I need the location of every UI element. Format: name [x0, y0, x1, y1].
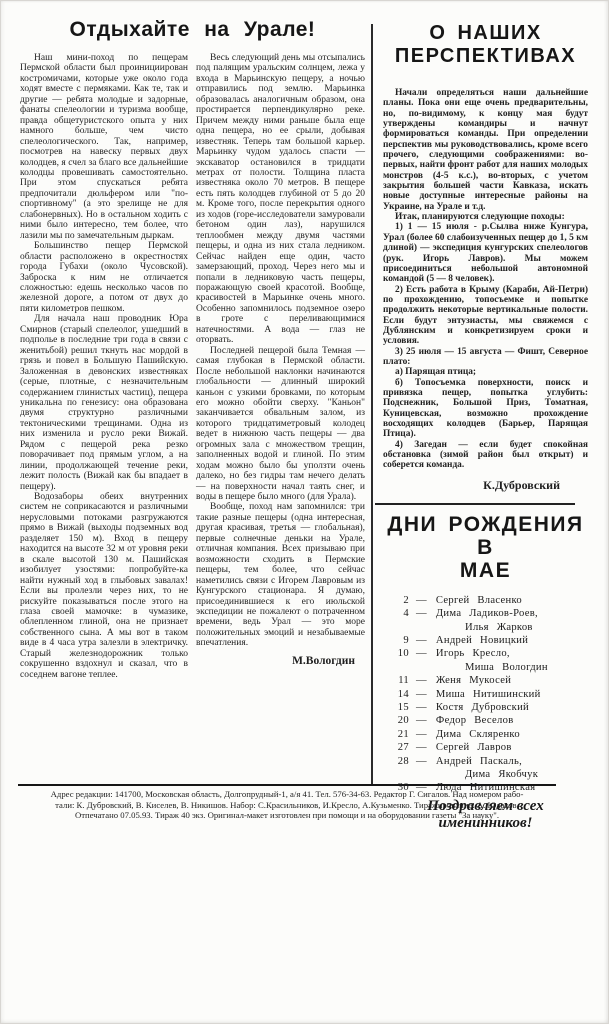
dash: — — [416, 701, 427, 714]
imprint-line: Адрес редакции: 141700, Московская облас… — [18, 789, 556, 800]
article-column-2: Весь следующий день мы отсыпались под па… — [196, 53, 365, 680]
birthday-names: Андрей Новицкий — [436, 634, 528, 647]
birthday-day: 9 — [393, 634, 409, 647]
list-item: 15—Костя Дубровский — [393, 701, 588, 714]
list-item: 10—Игорь Кресло, — [393, 647, 588, 660]
birthday-names-continued: Дима Якобчук — [393, 768, 588, 781]
title-line: МАЕ — [460, 559, 511, 582]
paragraph: 3) 25 июля — 15 августа — Фишт, Северное… — [383, 347, 588, 368]
footer-divider — [18, 784, 556, 786]
paragraph: б) Топосъемка поверхности, поиск и привя… — [383, 378, 588, 440]
list-item: 14—Миша Нитишинский — [393, 688, 588, 701]
dash: — — [416, 674, 427, 687]
list-item: 20—Федор Веселов — [393, 714, 588, 727]
article-column-1: Наш мини-поход по пещерам Пермской облас… — [20, 53, 188, 680]
dash: — — [416, 607, 427, 620]
list-item: 9—Андрей Новицкий — [393, 634, 588, 647]
birthday-list: 2—Сергей Власенко 4—Дима Ладиков-Роев, И… — [383, 594, 588, 795]
paragraph: Наш мини-поход по пещерам Пермской облас… — [20, 53, 188, 241]
birthday-names: Сергей Лавров — [436, 741, 512, 754]
perspectives-text: Начали определяться наши дальнейшие план… — [383, 88, 588, 471]
newsletter-page: Отдыхайте на Урале! Наш мини-поход по пе… — [0, 0, 609, 1024]
list-item: 11—Женя Мукосей — [393, 674, 588, 687]
paragraph: Весь следующий день мы отсыпались под па… — [196, 53, 365, 346]
paragraph: Последней пещерой была Темная — самая гл… — [196, 346, 365, 503]
birthday-day: 20 — [393, 714, 409, 727]
birthday-day: 14 — [393, 688, 409, 701]
article-columns: Наш мини-поход по пещерам Пермской облас… — [20, 53, 365, 680]
column-divider — [371, 24, 373, 786]
paragraph: Вообще, поход нам запомнился: три такие … — [196, 502, 365, 648]
list-item: 21—Дима Скляренко — [393, 728, 588, 741]
birthday-day: 2 — [393, 594, 409, 607]
right-column: О НАШИХПЕРСПЕКТИВАХ Начали определяться … — [383, 22, 588, 832]
birthday-names: Дима Скляренко — [436, 728, 520, 741]
birthday-day: 4 — [393, 607, 409, 620]
birthday-day: 21 — [393, 728, 409, 741]
dash: — — [416, 594, 427, 607]
paragraph: Итак, планируются следующие походы: — [383, 212, 588, 222]
author-signature: К.Дубровский — [383, 478, 588, 493]
birthday-names: Костя Дубровский — [436, 701, 529, 714]
section-divider — [375, 503, 575, 505]
section-title-perspectives: О НАШИХПЕРСПЕКТИВАХ — [383, 22, 588, 68]
paragraph: Для начала наш проводник Юра Смирнов (ст… — [20, 314, 188, 492]
birthday-names: Игорь Кресло, — [436, 647, 510, 660]
list-item: 2—Сергей Власенко — [393, 594, 588, 607]
section-title-birthdays: ДНИ РОЖДЕНИЯ ВМАЕ — [383, 513, 588, 582]
footer: Адрес редакции: 141700, Московская облас… — [18, 784, 556, 821]
birthday-names: Миша Нитишинский — [436, 688, 541, 701]
dash: — — [416, 755, 427, 768]
page-title: Отдыхайте на Урале! — [20, 18, 365, 42]
paragraph: Начали определяться наши дальнейшие план… — [383, 88, 588, 212]
dash: — — [416, 714, 427, 727]
author-signature: М.Вологдин — [196, 656, 365, 666]
imprint-line: тали: К. Дубровский, В. Киселев, В. Ники… — [18, 800, 556, 811]
title-line: ДНИ РОЖДЕНИЯ В — [387, 513, 583, 559]
paragraph: 1) 1 — 15 июля - р.Сылва ниже Кунгура, У… — [383, 222, 588, 284]
title-line: ПЕРСПЕКТИВАХ — [395, 45, 576, 67]
paragraph: Большинство пещер Пермской области распо… — [20, 241, 188, 314]
list-item: 28—Андрей Паскаль, — [393, 755, 588, 768]
birthday-day: 28 — [393, 755, 409, 768]
birthday-day: 11 — [393, 674, 409, 687]
birthday-names: Дима Ладиков-Роев, — [436, 607, 538, 620]
dash: — — [416, 688, 427, 701]
dash: — — [416, 634, 427, 647]
paragraph: Водозаборы обеих внутренних систем не со… — [20, 492, 188, 680]
birthday-day: 15 — [393, 701, 409, 714]
title-line: О НАШИХ — [429, 22, 541, 44]
birthday-names: Женя Мукосей — [436, 674, 511, 687]
paragraph: 2) Есть работа в Крыму (Караби, Ай-Петри… — [383, 285, 588, 347]
birthday-names-continued: Илья Жарков — [393, 621, 588, 634]
birthday-day: 27 — [393, 741, 409, 754]
birthday-names: Андрей Паскаль, — [436, 755, 522, 768]
paragraph: 4) Загедан — если будет спокойная обстан… — [383, 440, 588, 471]
birthday-day: 10 — [393, 647, 409, 660]
list-item: 27—Сергей Лавров — [393, 741, 588, 754]
dash: — — [416, 647, 427, 660]
birthday-names: Сергей Власенко — [436, 594, 522, 607]
article-rest-in-urals: Отдыхайте на Урале! Наш мини-поход по пе… — [20, 18, 365, 680]
birthday-names: Федор Веселов — [436, 714, 514, 727]
birthday-names-continued: Миша Вологдин — [393, 661, 588, 674]
imprint-line: Отпечатано 07.05.93. Тираж 40 экз. Ориги… — [18, 810, 556, 821]
dash: — — [416, 728, 427, 741]
list-item: 4—Дима Ладиков-Роев, — [393, 607, 588, 620]
dash: — — [416, 741, 427, 754]
paragraph: а) Парящая птица; — [383, 367, 588, 377]
